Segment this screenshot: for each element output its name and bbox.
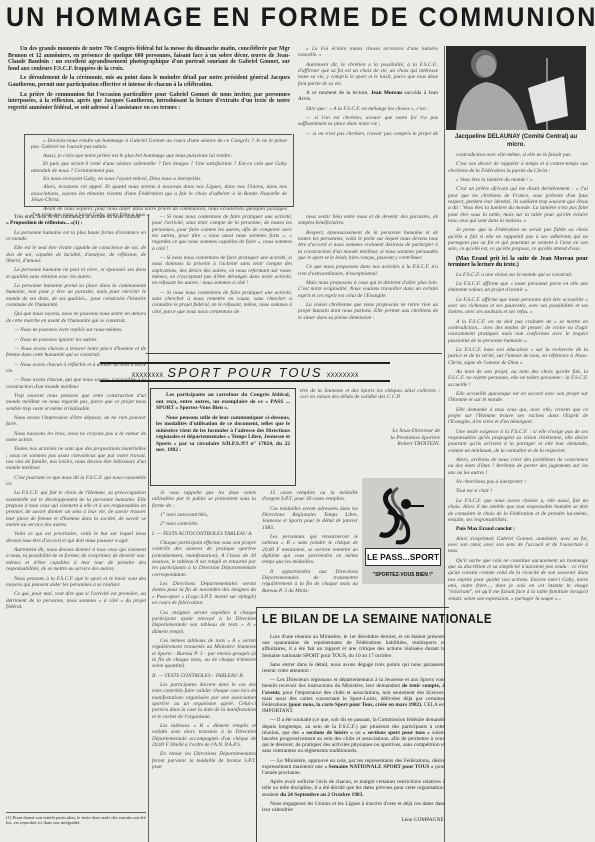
column-divider (148, 214, 149, 842)
quote-paragraph: En nous envoyant Gaby, en nous l'ayant e… (31, 176, 287, 182)
article-paragraph: — Il a été souhaité (ce que, soit dit en… (262, 717, 445, 754)
article-column-3: nous sentir bien entre nous et de deveni… (298, 214, 438, 354)
article-paragraph: Nous baissons les bras, nous ne croyons … (6, 431, 146, 444)
article-paragraph: « Vous êtes la lumière du monde ! » (448, 177, 588, 183)
article-paragraph: C'est un prêtre africain qui me disait d… (448, 186, 588, 224)
section-heading: II. — TESTS CONTROLES - TABLEAU B. (152, 673, 256, 679)
sport-heading-text: SPORT POUR TOUS (167, 365, 322, 380)
list-item: 2° tests contrôlés. (152, 521, 256, 527)
article-paragraph: Autrement dit, le chrétien a la possibil… (298, 62, 438, 87)
article-paragraph: Au nom de son projet, au nom des choix q… (448, 369, 588, 388)
article-paragraph: « La Foi éclaire toutes choses terrestre… (298, 46, 438, 59)
article-paragraph: Elle accueille quiconque est en accord a… (448, 391, 588, 404)
article-paragraph: Après avoir sollicité l'avis de chacun, … (262, 779, 445, 798)
article-paragraph: Voilà ce qui est prioritaire, voilà le b… (6, 531, 146, 544)
text-emphasis: « sections sport pour tous » (363, 730, 430, 736)
article-paragraph: Je pense que la Fédération ne serait pas… (448, 227, 588, 252)
article-paragraph: La personne humaine ne peut ni vivre, ni… (6, 267, 146, 280)
article-paragraph: Ces médailles seront adressées dans les … (262, 506, 358, 531)
text-emphasis: « Semaine NATIONALE SPORT pour TOUS » (324, 764, 433, 770)
article-paragraph: — Nous avons chacun à trouver notre plac… (6, 346, 146, 359)
article-paragraph: — Le Ministère, approuvé en cela, par le… (262, 758, 445, 777)
article-paragraph: C'est son devoir de rappeler à temps et … (448, 161, 588, 174)
photo-caption: Jacqueline DELAUNAY (Comité Central) au … (446, 134, 586, 149)
article-paragraph: Nous pensons à la F.S.C.F. que le sport … (6, 576, 146, 589)
intro-paragraph: Le déroulement de la cérémonie, mis au p… (8, 75, 290, 88)
list-item: 1° tests autocontrôlés, (152, 512, 256, 518)
article-paragraph: Une seule exigence à la F.S.C.F. : si el… (448, 429, 588, 454)
article-paragraph: Ces insignes seront expédiés à chaque pa… (152, 610, 256, 635)
article-paragraph: contradiction avec elle-même, si elle ne… (448, 152, 588, 158)
article-paragraph: — Si nous nous contentons de faire prati… (152, 214, 292, 252)
quote-box: « Devions-nous rendre un hommage à Gabri… (24, 134, 294, 207)
article-paragraph: — Nous ne pouvons ignorer les autres. (6, 337, 146, 343)
reader-note: A ce moment de la lecture, (306, 90, 369, 96)
article-paragraph: Je vous rappelle que les deux volets uti… (152, 490, 256, 509)
box-paragraph: Nous pensons utile de leur communiquer c… (156, 415, 290, 454)
section-heading: I. — TESTS AUTOCONTROLES TABLEAU A. (152, 531, 256, 537)
speaker-photo (446, 46, 586, 130)
article-paragraph: Qui que nous soyons, nous ne pouvons nou… (6, 311, 146, 324)
article-paragraph: La F.S.C.F. que nous avons choisie a, el… (448, 498, 588, 523)
signature-line: Le Sous-Directeur de (320, 428, 440, 435)
article-column-4: « La Foi éclaire toutes choses terrestre… (298, 46, 438, 136)
reader-name: Jean Moreau (371, 90, 402, 96)
article-paragraph: Les personnes qui retourneront le tablea… (262, 534, 358, 566)
article-paragraph: La F.S.C.F. affirme que toute personne d… (448, 297, 588, 316)
article-column-1: Très ému, Jean Arvis commença la lecture… (6, 214, 146, 814)
article-paragraph: Il appartiendra aux Directions Départeme… (262, 569, 358, 594)
pass-sport-logo: LE PASS...SPORT "SPORTEZ-VOUS BIEN !" (362, 478, 444, 584)
article-paragraph: tère de la Jeunesse et des Sports les ch… (300, 388, 440, 401)
page-title: UN HOMMAGE EN FORME DE COMMUNION (6, 2, 550, 33)
speaker-photo-image (446, 46, 586, 130)
quote-paragraph: Aussi, je crois que notre prière est le … (31, 153, 287, 159)
article-paragraph: La F.S.C.F. base son éducation « sur la … (448, 347, 588, 366)
article-paragraph: Trop souvent nous pensons que cette cons… (6, 393, 146, 412)
article-paragraph: Les tableaux « B » dûment remplis et val… (152, 723, 256, 748)
article-paragraph: — si on n'est pas chrétien, n'avoir pas … (298, 131, 438, 136)
article-paragraph: Mais nous proposons à ceux qui le désire… (298, 280, 438, 299)
intro-paragraph: La prière de communion fut l'occasion pa… (8, 92, 290, 112)
sport-intro-box: Les participants au carrefour du Congrès… (150, 388, 296, 486)
article-paragraph: A la F.S.C.F. on ne doit pas craindre de… (448, 319, 588, 344)
article-paragraph: Les Directions Départementales seront do… (152, 581, 256, 606)
article-paragraph: Respect, épanouissement de la personne h… (298, 230, 438, 262)
article-paragraph: Alors, arrêtons de nous créer des problè… (448, 457, 588, 476)
quote-paragraph: « Devions-nous rendre un hommage à Gabri… (31, 138, 287, 151)
article-paragraph: Sans entrer dans le détail, nous avons d… (262, 662, 445, 674)
article-column-5: contradiction avec elle-même, si elle ne… (448, 152, 588, 842)
article-paragraph: Ce que nous proposons dans nos activités… (298, 264, 438, 277)
sport-column-middle: 15 cases remplies ou la médaille d'argen… (262, 490, 358, 602)
article-paragraph: Ces mêmes tableaux de tests « A » seront… (152, 638, 256, 670)
sport-signature: Le Sous-Directeur de la Promotion Sporti… (320, 428, 440, 448)
article-paragraph: Autrement dit, nous devons donner à tous… (6, 547, 146, 572)
text-emphasis: du 24 Septembre au 2 Octobre 1983. (280, 792, 364, 798)
intro-paragraph: Un des grands moments de notre 70e Congr… (8, 46, 290, 72)
footnote: (1) Etant donné son intérêt particulier,… (6, 812, 146, 826)
article-paragraph: La personne humaine prend sa place dans … (6, 283, 146, 308)
article-paragraph: Ainsi s'exprimait Gabriel Gonnet, aumôni… (448, 536, 588, 555)
article-paragraph: Nous avons l'impression d'être dépassé, … (6, 415, 146, 428)
bilan-heading: LE BILAN DE LA SEMAINE NATIONALE (262, 612, 432, 626)
article-paragraph: La F.S.C.F. a une vision sur le monde qu… (448, 272, 588, 278)
bilan-article: Lors d'une réunion au Ministère, le 1er … (262, 634, 445, 826)
sport-column-right: tère de la Jeunesse et des Sports les ch… (300, 388, 440, 428)
article-paragraph: La F.S.C.F. qui fait le choix de l'Homme… (6, 490, 146, 528)
article-paragraph: Ne cherchons pas à interpréter ! (448, 479, 588, 485)
signature-line: la Promotion Sportive (320, 435, 440, 442)
sport-column-left: Je vous rappelle que les deux volets uti… (152, 490, 256, 842)
article-paragraph: Elle est le seul être vivant capable de … (6, 245, 146, 264)
bilan-signature: Léon COMPAGNE. (262, 817, 445, 823)
article-paragraph: Chaque participant effectue sous son pro… (152, 540, 256, 578)
sport-pour-tous-heading: XXXXXXXX SPORT POUR TOUS XXXXXXXX (100, 362, 390, 382)
article-paragraph: Lors d'une réunion au Ministère, le 1er … (262, 634, 445, 659)
article-paragraph: Les participants doivent dans le cas des… (152, 682, 256, 720)
conclusion-heading: Puis Max Eraud conclut : (448, 526, 588, 532)
heading-ornament: XXXXXXXX (327, 373, 359, 379)
box-paragraph: Les participants au carrefour du Congrès… (156, 392, 290, 412)
article-paragraph: C'est pourtant ce que nous dit la F.S.C.… (6, 475, 146, 488)
article-paragraph: Elle demande à tous ceux qui, avec elle,… (448, 407, 588, 426)
pass-sport-label: LE PASS...SPORT (365, 548, 441, 566)
signature-line: Robert TROITEIN. (320, 441, 440, 448)
intro-text: Un des grands moments de notre 70e Congr… (8, 46, 290, 114)
article-paragraph: — Si nous nous contentons de faire prati… (152, 255, 292, 287)
article-paragraph: Tout est si clair ! (448, 488, 588, 494)
article-paragraph: — Les Directeurs régionaux et départemen… (262, 677, 445, 714)
text-emphasis: « sections de loisirs » (301, 730, 352, 736)
article-paragraph: Dire que : « A la F.S.C.F. on mélange le… (298, 106, 438, 112)
article-paragraph: Ce qui, pour moi, veut dire que si l'act… (6, 591, 146, 610)
pass-sport-slogan: "SPORTEZ-VOUS BIEN !" (362, 572, 444, 578)
sport-section-top-rule (146, 353, 442, 355)
article-paragraph: — Nous ne pouvons vivre repliés sur nous… (6, 327, 146, 333)
article-paragraph: nous sentir bien entre nous et de deveni… (298, 214, 438, 227)
article-paragraph: Qu'il sache que cela ne constitue aucune… (448, 558, 588, 602)
article-paragraph: La vision chrétienne que nous proposons … (298, 302, 438, 321)
article-paragraph: En retour les Directions Départementales… (152, 751, 256, 770)
quote-paragraph: Et puis que serait-il resté d'une séance… (31, 161, 287, 174)
sport-figure-icon (362, 478, 444, 548)
article-paragraph: Toutes nos activités ne sont que des pro… (6, 446, 146, 471)
quote-paragraph: Alors, écoutons cet appel. Et quand nous… (31, 184, 287, 203)
article-paragraph: — si l'on est chrétien, avouer que notre… (298, 115, 438, 128)
article-column-2: — Si nous nous contentons de faire prati… (152, 214, 292, 354)
article-paragraph: 15 cases remplies ou la médaille d'argen… (262, 490, 358, 503)
article-paragraph: Nous engageons les Unions et les Ligues … (262, 801, 445, 813)
article-paragraph: La personne humaine est la plus haute fo… (6, 230, 146, 243)
article-paragraph: — Si nous nous contentons de faire prati… (152, 290, 292, 315)
text-run: ou (355, 730, 360, 736)
text-emphasis: (pour nous, la carte Sport pour Tous, cr… (289, 702, 423, 708)
heading-ornament: XXXXXXXX (131, 373, 163, 379)
reader-change-note: (Max Eraud prit ici la suite de Jean Mor… (448, 256, 588, 269)
column-lead-title: « Proposition de réflexion... »(1) : (6, 220, 146, 226)
article-paragraph: La F.S.C.F. affirme que « toute personne… (448, 281, 588, 294)
